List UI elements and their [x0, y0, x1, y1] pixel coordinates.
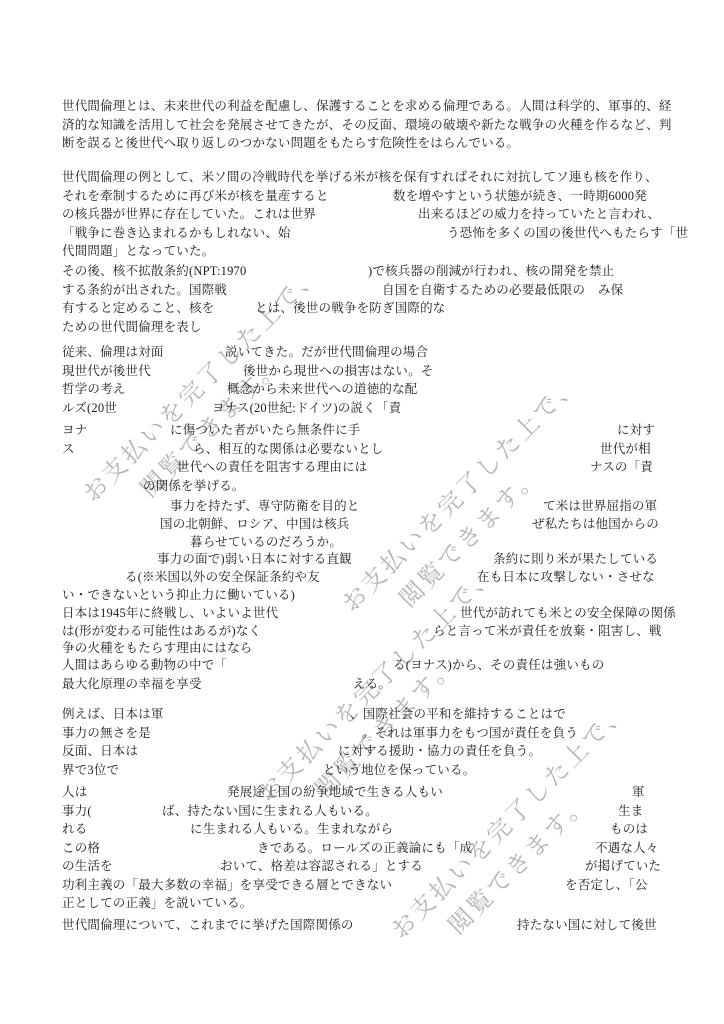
text-segment: の関係を挙げる。	[143, 477, 245, 495]
text-line: ルズ(20世ヨナス(20世紀:ドイツ)の説く「責	[62, 399, 666, 418]
text-segment: 説いてきた。だが世代間倫理の場合	[225, 343, 428, 361]
text-segment: 有すると定めること、核を	[62, 299, 214, 317]
text-line: 日本は1945年に終戦し、いよいよ世代世代が訪れても米との安全保障の関係	[62, 604, 666, 623]
text-line: 現世代が後世代後世から現世への損害はない。そ	[62, 362, 666, 381]
text-segment: ス	[62, 440, 75, 458]
text-segment: て米は世界屈指の軍	[543, 497, 657, 515]
text-line: 例えば、日本は軍、国際社会の平和を維持することはで	[62, 705, 666, 724]
text-segment: 争の火種をもたらす理由にはなら	[62, 639, 253, 657]
document-text: 世代間倫理とは、未来世代の利益を配慮し、保護することを求める倫理である。人間は科…	[0, 0, 724, 1024]
text-line: 従来、倫理は対面説いてきた。だが世代間倫理の場合	[62, 343, 666, 362]
text-segment: 生ま	[618, 802, 643, 820]
text-segment: 最大化原理の幸福を享受	[62, 675, 202, 693]
text-segment: の生活を	[62, 857, 113, 875]
text-segment: ための世代間倫理を表し	[62, 318, 202, 336]
text-line: の核兵器が世界に存在していた。これは世界出来るほどの威力を持っていたと言われ、	[62, 205, 666, 224]
text-segment: を否定し、「公	[565, 876, 648, 894]
text-segment: 人間はあらゆる動物の中で「	[62, 656, 227, 674]
text-segment: 哲学の考え	[62, 380, 126, 398]
text-segment: 世代間倫理とは、未来世代の利益を配慮し、保護することを求める倫理である。人間は科…	[62, 97, 672, 115]
text-line: 功利主義の「最大多数の幸福」を享受できる層とできないを否定し、「公	[62, 876, 666, 895]
text-segment: この格	[62, 839, 100, 857]
text-segment: 在も日本に攻撃しない・させな	[477, 568, 655, 586]
text-segment: ヨナス(20世紀:ドイツ)の説く「責	[212, 399, 401, 417]
text-segment: に対す	[617, 421, 655, 439]
text-line: 界で3位でという地位を保っている。	[62, 761, 666, 780]
text-segment: る(ヨナス)から、その責任は強いもの	[393, 656, 604, 674]
text-segment: に生まれる人もいる。生まれながら	[190, 820, 393, 838]
text-segment: 世代間倫理の例として、米ソ間の冷戦時代を挙げる	[62, 168, 354, 186]
text-line: 「戦争に巻き込まれるかもしれない、始う恐怖を多くの国の後世代へもたらす「世	[62, 224, 666, 243]
text-line: 事力(ば、持たない国に生まれる人もいる。生ま	[62, 802, 666, 821]
text-segment: 事力の面で)弱い日本に対する直観	[157, 550, 352, 568]
text-line: の関係を挙げる。	[62, 477, 666, 496]
text-segment: ヨナ	[62, 421, 87, 439]
text-line: 断を誤ると後世代へ取り返しのつかない問題をもたらす危険性をはらんでいる。	[62, 134, 666, 153]
text-segment: 、国際社会の平和を維持することはで	[350, 705, 566, 723]
text-segment: が掲げていた	[585, 857, 661, 875]
text-line: の生活をおいて、格差は容認される」とするが掲げていた	[62, 857, 666, 876]
text-segment: に傷ついた者がいたら無条件に手	[170, 421, 361, 439]
text-line: 有すると定めること、核をとは、後世の戦争を防ぎ国際的な	[62, 299, 666, 318]
text-segment: 数を増やすという状態が続き、一時期6000発	[393, 187, 647, 205]
text-segment: 軍	[632, 783, 645, 801]
text-line: 人は発展途上国の紛争地域で生きる人もい軍	[62, 783, 666, 802]
text-line: 代間問題」となっていた。	[62, 242, 666, 261]
text-line: 暮らせているのだろうか。	[62, 533, 666, 552]
text-segment: に対する援助・協力の責任を負う。	[338, 742, 541, 760]
text-segment: 事力の無さを是	[62, 724, 151, 742]
text-segment: 世代が訪れても米との安全保障の関係	[460, 604, 676, 622]
text-line: 国の北朝鮮、ロシア、中国は核兵ぜ私たちは他国からの	[62, 515, 666, 534]
text-line: 最大化原理の幸福を享受える。	[62, 675, 666, 694]
text-segment: 自国を自衛するための必要最低限の み保	[382, 281, 623, 299]
text-line: い・できないという抑止力に働いている)	[62, 586, 666, 605]
text-line: 事力を持たず、専守防衛を目的とて米は世界屈指の軍	[62, 497, 666, 516]
text-segment: とは、後世の戦争を防ぎ国際的な	[255, 299, 446, 317]
text-segment: ば、持たない国に生まれる人もいる。	[162, 802, 378, 820]
text-line: 済的な知識を活用して社会を発展させてきたが、その反面、環境の破壊や新たな戦争の火…	[62, 116, 666, 135]
text-segment: ものは	[610, 820, 648, 838]
text-segment: 世代への責任を阻害する理由には	[177, 458, 368, 476]
text-segment: 不遇な人々	[595, 839, 659, 857]
text-segment: 日本は1945年に終戦し、いよいよ世代	[62, 604, 278, 622]
text-line: 世代間倫理の例として、米ソ間の冷戦時代を挙げる米が核を保有すればそれに対抗してソ…	[62, 168, 666, 187]
text-segment: という地位を保っている。	[323, 761, 475, 779]
text-segment: 世代が相	[600, 440, 651, 458]
text-segment: 後世から現世への損害はない。そ	[243, 362, 434, 380]
text-segment: る(※米国以外の安全保証条約や友	[125, 568, 320, 586]
text-segment: 代間問題」となっていた。	[62, 242, 214, 260]
text-segment: 暮らせているのだろうか。	[190, 533, 342, 551]
text-line: 事力の面で)弱い日本に対する直観条約に則り米が果たしている	[62, 550, 666, 569]
text-segment: 世代間倫理について、これまでに挙げた国際関係の	[62, 916, 354, 934]
text-segment: 現世代が後世代	[62, 362, 151, 380]
text-segment: きである。ロールズの正義論にも「成	[257, 839, 472, 857]
text-segment: ぜ私たちは他国からの	[532, 515, 659, 533]
text-line: する条約が出された。国際戦自国を自衛するための必要最低限の み保	[62, 281, 666, 300]
text-segment: れる	[62, 820, 87, 838]
text-segment: 界で3位で	[62, 761, 119, 779]
text-segment: ら、相互的な関係は必要ないとし	[193, 440, 384, 458]
text-segment: らと言って米が責任を放棄・阻害し、戦	[433, 622, 662, 640]
text-segment: 。それは軍事力をもつ国が責任を負う	[362, 724, 578, 742]
text-segment: その後、核不拡散条約(NPT:1970	[62, 262, 246, 280]
text-line: この格きである。ロールズの正義論にも「成不遇な人々	[62, 839, 666, 858]
document-page: お支払いを完了した上で、閲覧できます。お支払いを完了した上で、閲覧できます。お支…	[0, 0, 724, 1024]
text-segment: 出来るほどの威力を持っていたと言われ、	[418, 205, 660, 223]
text-segment: の核兵器が世界に存在していた。これは世界	[62, 205, 316, 223]
text-segment: い・できないという抑止力に働いている)	[62, 586, 295, 604]
text-line: 哲学の考え概念から未来世代への道徳的な配	[62, 380, 666, 399]
text-segment: 条約に則り米が果たしている	[493, 550, 658, 568]
text-segment: 米が核を保有すればそれに対抗してソ連も核を作り、	[353, 168, 658, 186]
text-line: それを牽制するために再び米が核を量産すると数を増やすという状態が続き、一時期60…	[62, 187, 666, 206]
text-segment: ナスの「責	[590, 458, 653, 476]
text-segment: 従来、倫理は対面	[62, 343, 164, 361]
text-line: スら、相互的な関係は必要ないとし世代が相	[62, 440, 666, 459]
text-segment: 発展途上国の紛争地域で生きる人もい	[227, 783, 443, 801]
text-segment: 事力を持たず、専守防衛を目的と	[170, 497, 360, 515]
text-segment: 正としての正義」を説いている。	[62, 894, 253, 912]
text-line: る(※米国以外の安全保証条約や友在も日本に攻撃しない・させな	[62, 568, 666, 587]
text-segment: 断を誤ると後世代へ取り返しのつかない問題をもたらす危険性をはらんでいる。	[62, 134, 519, 152]
text-line: 世代間倫理について、これまでに挙げた国際関係の持たない国に対して後世	[62, 916, 666, 935]
text-segment: )で核兵器の削減が行われ、核の開発を禁止	[368, 262, 614, 280]
text-line: ための世代間倫理を表し	[62, 318, 666, 337]
text-line: 人間はあらゆる動物の中で「る(ヨナス)から、その責任は強いもの	[62, 656, 666, 675]
text-line: 反面、日本はに対する援助・協力の責任を負う。	[62, 742, 666, 761]
text-segment: 功利主義の「最大多数の幸福」を享受できる層とできない	[62, 876, 392, 894]
text-line: ヨナに傷ついた者がいたら無条件に手に対す	[62, 421, 666, 440]
text-line: 事力の無さを是。それは軍事力をもつ国が責任を負う	[62, 724, 666, 743]
text-segment: 持たない国に対して後世	[517, 916, 657, 934]
text-line: 世代への責任を阻害する理由にはナスの「責	[62, 458, 666, 477]
text-segment: おいて、格差は容認される」とする	[220, 857, 423, 875]
text-segment: それを牽制するために再び米が核を量産すると	[62, 187, 329, 205]
text-line: その後、核不拡散条約(NPT:1970)で核兵器の削減が行われ、核の開発を禁止	[62, 262, 666, 281]
text-segment: 事力(	[62, 802, 92, 820]
text-line: は(形が変わる可能性はあるが)なくらと言って米が責任を放棄・阻害し、戦	[62, 622, 666, 641]
text-line: れるに生まれる人もいる。生まれながらものは	[62, 820, 666, 839]
text-segment: 例えば、日本は軍	[62, 705, 164, 723]
text-segment: う恐怖を多くの国の後世代へもたらす「世	[447, 224, 688, 242]
text-segment: 反面、日本は	[62, 742, 138, 760]
text-segment: 概念から未来世代への道徳的な配	[227, 380, 418, 398]
text-segment: 済的な知識を活用して社会を発展させてきたが、その反面、環境の破壊や新たな戦争の火…	[62, 116, 672, 134]
text-line: 世代間倫理とは、未来世代の利益を配慮し、保護することを求める倫理である。人間は科…	[62, 97, 666, 116]
text-segment: ルズ(20世	[62, 399, 117, 417]
text-segment: 国の北朝鮮、ロシア、中国は核兵	[160, 515, 350, 533]
text-segment: する条約が出された。国際戦	[62, 281, 227, 299]
text-line: 正としての正義」を説いている。	[62, 894, 666, 913]
text-segment: える。	[353, 675, 391, 693]
text-segment: は(形が変わる可能性はあるが)なく	[62, 622, 261, 640]
text-segment: 「戦争に巻き込まれるかもしれない、始	[62, 224, 291, 242]
text-segment: 人は	[62, 783, 87, 801]
